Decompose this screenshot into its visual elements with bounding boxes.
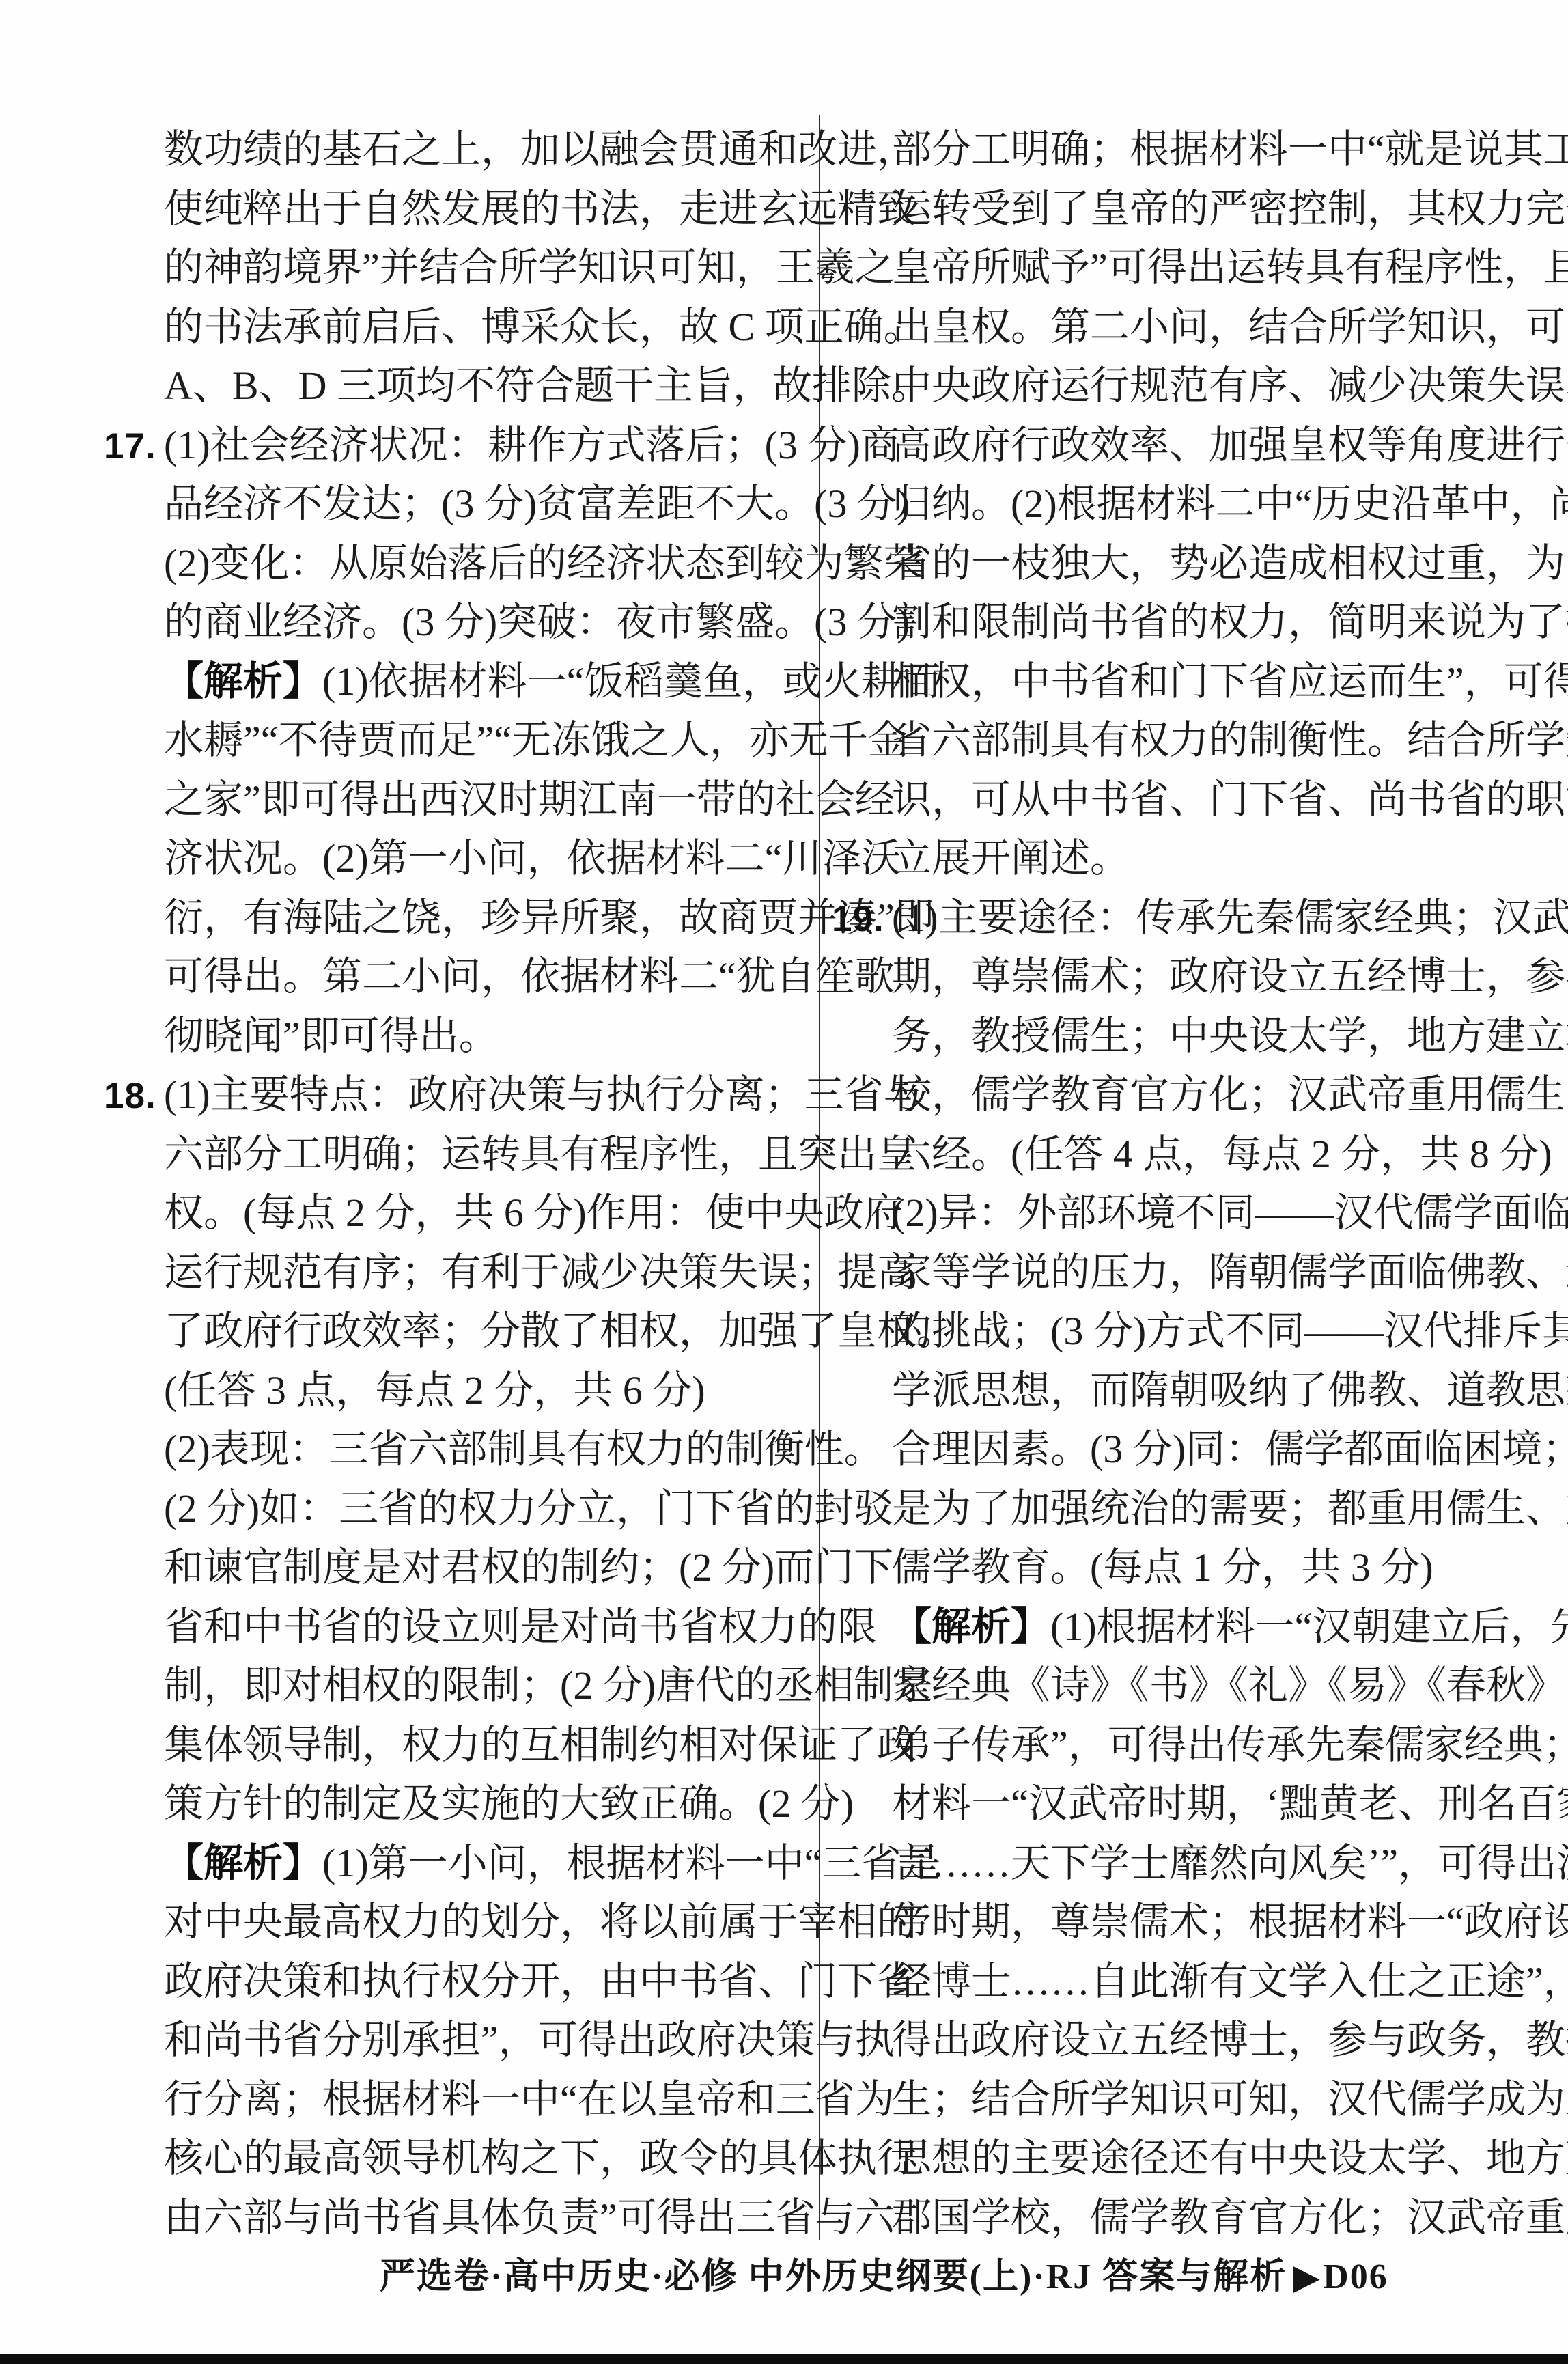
- text-line: 和谏官制度是对君权的制约；(2 分)而门下: [164, 1538, 800, 1598]
- text-line: 省六部制具有权力的制衡性。结合所学知: [892, 711, 1528, 770]
- text-line: 了政府行政效率；分散了相权，加强了皇权。: [164, 1302, 800, 1361]
- text-line: 校，儒学教育官方化；汉武帝重用儒生，表彰: [892, 1066, 1528, 1125]
- text-line: 运转受到了皇帝的严密控制，其权力完全是: [892, 180, 1528, 239]
- text-line: (任答 3 点，每点 2 分，共 6 分): [164, 1361, 800, 1421]
- text-line: 立展开阐述。: [892, 829, 1528, 889]
- text-line: 衍，有海陆之饶，珍异所聚，故商贾并凑”即: [164, 889, 800, 948]
- text-line: 彻晓闻”即可得出。: [164, 1007, 800, 1066]
- text-line: 思想的主要途径还有中央设太学、地方建立: [892, 2129, 1528, 2188]
- text-line: 经博士……自此渐有文学入仕之正途”，可: [892, 1952, 1528, 2012]
- text-line: 家等学说的压力，隋朝儒学面临佛教、道教: [892, 1243, 1528, 1303]
- text-line: 皇帝所赋予”可得出运转具有程序性，且突: [892, 238, 1528, 298]
- text-line: 之家”即可得出西汉时期江南一带的社会经: [164, 770, 800, 830]
- text-line: 制，即对相权的限制；(2 分)唐代的丞相制是: [164, 1656, 800, 1716]
- text-line: 集体领导制，权力的互相制约相对保证了政: [164, 1716, 800, 1775]
- text-line: 运行规范有序；有利于减少决策失误；提高: [164, 1243, 800, 1303]
- text-line: 务，教授儒生；中央设太学，地方建立郡国学: [892, 1007, 1528, 1066]
- text-line: (2)表现：三省六部制具有权力的制衡性。: [164, 1420, 800, 1479]
- text-line: 的书法承前启后、博采众长，故 C 项正确。: [164, 298, 800, 357]
- text-line: 政府决策和执行权分开，由中书省、门下省: [164, 1952, 800, 2012]
- text-line: 17.(1)社会经济状况：耕作方式落后；(3 分)商: [164, 416, 800, 475]
- text-line: 使纯粹出于自然发展的书法，走进玄远精致: [164, 180, 800, 239]
- text-line: 和尚书省分别承担”，可得出政府决策与执: [164, 2011, 800, 2070]
- text-line: 是为了加强统治的需要；都重用儒生、重视: [892, 1479, 1528, 1539]
- text-line: 相权，中书省和门下省应运而生”，可得出三: [892, 652, 1528, 712]
- text-line: 济状况。(2)第一小问，依据材料二“川泽沃: [164, 829, 800, 889]
- text-line: 【解析】(1)根据材料一“汉朝建立后，先秦儒: [892, 1598, 1528, 1657]
- answer-key-page: 数功绩的基石之上，加以融会贯通和改进，使纯粹出于自然发展的书法，走进玄远精致的神…: [0, 0, 1568, 2364]
- text-line: 数功绩的基石之上，加以融会贯通和改进，: [164, 120, 800, 180]
- text-line: 的神韵境界”并结合所学知识可知，王羲之: [164, 238, 800, 298]
- text-line: (2)异：外部环境不同——汉代儒学面临道: [892, 1184, 1528, 1243]
- text-line: 期，尊崇儒术；政府设立五经博士，参与政: [892, 947, 1528, 1007]
- text-line: 省和中书省的设立则是对尚书省权力的限: [164, 1598, 800, 1657]
- left-text-column: 数功绩的基石之上，加以融会贯通和改进，使纯粹出于自然发展的书法，走进玄远精致的神…: [164, 120, 800, 2247]
- text-line: 学派思想，而隋朝吸纳了佛教、道教思想的: [892, 1361, 1528, 1421]
- text-line: 得出政府设立五经博士，参与政务，教授儒: [892, 2011, 1528, 2070]
- text-line: 18.(1)主要特点：政府决策与执行分离；三省与: [164, 1066, 800, 1125]
- text-line: 由六部与尚书省具体负责”可得出三省与六: [164, 2188, 800, 2248]
- text-line: 出皇权。第二小问，结合所学知识，可以从: [892, 298, 1528, 357]
- question-number: 18.: [104, 1067, 156, 1126]
- text-line: 言……天下学士靡然向风矣’”，可得出汉武: [892, 1834, 1528, 1893]
- text-line: 对中央最高权力的划分，将以前属于宰相的: [164, 1893, 800, 1952]
- text-line: 材料一“汉武帝时期，‘黜黄老、刑名百家之: [892, 1775, 1528, 1834]
- text-line: 部分工明确；根据材料一中“就是说其工作: [892, 120, 1528, 180]
- analysis-label: 【解析】: [164, 1841, 322, 1885]
- text-line: A、B、D 三项均不符合题干主旨，故排除。: [164, 357, 800, 416]
- analysis-label: 【解析】: [164, 659, 322, 704]
- text-line: 可得出。第二小问，依据材料二“犹自笙歌: [164, 947, 800, 1007]
- triangle-right-icon: ▶: [1287, 2259, 1323, 2296]
- text-line: 六经。(任答 4 点，每点 2 分，共 8 分): [892, 1125, 1528, 1184]
- text-line: 合理因素。(3 分)同：儒学都面临困境；都: [892, 1420, 1528, 1479]
- question-number: 17.: [104, 417, 156, 477]
- text-line: 策方针的制定及实施的大致正确。(2 分): [164, 1775, 800, 1834]
- text-line: 儒学教育。(每点 1 分，共 3 分): [892, 1538, 1528, 1598]
- text-line: (2)变化：从原始落后的经济状态到较为繁荣: [164, 534, 800, 594]
- text-line: 权。(每点 2 分，共 6 分)作用：使中央政府: [164, 1184, 800, 1243]
- text-line: 品经济不发达；(3 分)贫富差距不大。(3 分): [164, 475, 800, 534]
- footer-answers-label: 答案与解析: [1102, 2257, 1287, 2296]
- text-line: (2 分)如：三省的权力分立，门下省的封驳: [164, 1479, 800, 1539]
- text-line: 割和限制尚书省的权力，简明来说为了抑制: [892, 593, 1528, 652]
- text-line: 弟子传承”，可得出传承先秦儒家经典；根据: [892, 1716, 1528, 1775]
- text-line: 的挑战；(3 分)方式不同——汉代排斥其他: [892, 1302, 1528, 1361]
- text-line: 识，可从中书省、门下省、尚书省的职能与分: [892, 770, 1528, 830]
- footer-series-title: 严选卷·高中历史·必修 中外历史纲要(上)·RJ: [380, 2257, 1092, 2296]
- text-line: 省的一枝独大，势必造成相权过重，为了分: [892, 534, 1528, 594]
- right-text-column: 部分工明确；根据材料一中“就是说其工作运转受到了皇帝的严密控制，其权力完全是皇帝…: [892, 120, 1528, 2247]
- text-line: 高政府行政效率、加强皇权等角度进行分析: [892, 416, 1528, 475]
- scan-edge-bar: [0, 2354, 1568, 2364]
- text-line: 生；结合所学知识可知，汉代儒学成为正统: [892, 2070, 1528, 2130]
- page-footer: 严选卷·高中历史·必修 中外历史纲要(上)·RJ 答案与解析▶D06: [380, 2247, 1388, 2298]
- text-line: 水耨”“不待贾而足”“无冻饿之人，亦无千金: [164, 711, 800, 770]
- text-line: 帝时期，尊崇儒术；根据材料一“政府设立五: [892, 1893, 1528, 1952]
- text-line: 行分离；根据材料一中“在以皇帝和三省为: [164, 2070, 800, 2130]
- text-line: 的商业经济。(3 分)突破：夜市繁盛。(3 分): [164, 593, 800, 652]
- text-line: 【解析】(1)依据材料一“饭稻羹鱼，或火耕而: [164, 652, 800, 712]
- text-line: 六部分工明确；运转具有程序性，且突出皇: [164, 1125, 800, 1184]
- text-line: 中央政府运行规范有序、减少决策失误、提: [892, 357, 1528, 416]
- text-line: 【解析】(1)第一小问，根据材料一中“三省是: [164, 1834, 800, 1893]
- text-line: 核心的最高领导机构之下，政令的具体执行: [164, 2129, 800, 2188]
- text-line: 郡国学校，儒学教育官方化；汉武帝重用儒: [892, 2188, 1528, 2248]
- analysis-label: 【解析】: [892, 1604, 1050, 1649]
- question-number: 19.: [832, 890, 884, 949]
- text-line: 19.(1)主要途径：传承先秦儒家经典；汉武帝时: [892, 889, 1528, 948]
- text-line: 归纳。(2)根据材料二中“历史沿革中，尚书: [892, 475, 1528, 534]
- text-line: 家经典《诗》《书》《礼》《易》《春秋》皆有儒生: [892, 1656, 1528, 1716]
- footer-page-code: D06: [1323, 2257, 1388, 2296]
